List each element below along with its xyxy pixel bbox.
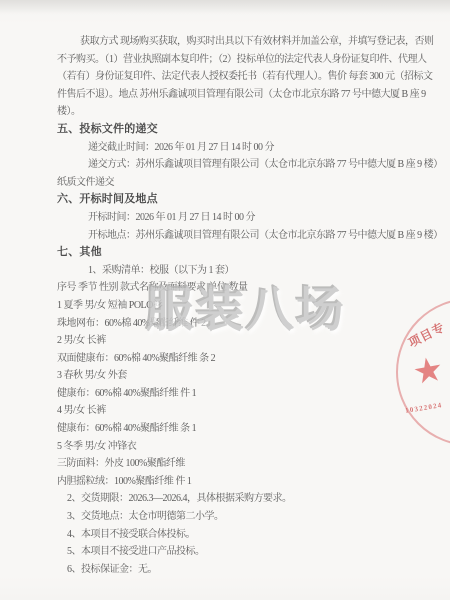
detail-line-open-time: 开标时间：2026 年 01 月 27 日 14 时 00 分 [57, 209, 414, 227]
detail-line-deadline: 递交截止时间：2026 年 01 月 27 日 14 时 00 分 [57, 139, 414, 157]
table-row: 珠地网布：60%棉 40%聚酯纤维 件 2 [57, 315, 414, 333]
table-row: 内胆摇粒绒：100%聚酯纤维 件 1 [57, 473, 414, 491]
table-row: 5 冬季 男/女 冲锋衣 [57, 438, 414, 456]
table-row: 4 男/女 长裤 [57, 402, 414, 420]
table-row: 1 夏季 男/女 短袖 POLO衫 [57, 297, 414, 315]
table-row: 3 春秋 男/女 外套 [57, 367, 414, 385]
table-row: 三防面料：外皮 100%聚酯纤维 [57, 455, 414, 473]
detail-line-open-place: 开标地点：苏州乐鑫诚项目管理有限公司（太仓市北京东路 77 号中德大厦 B 座 … [57, 227, 414, 245]
detail-line-method: 递交方式：苏州乐鑫诚项目管理有限公司（太仓市北京东路 77 号中德大厦 B 座 … [57, 156, 414, 174]
table-row: 双面健康布：60%棉 40%聚酯纤维 条 2 [57, 350, 414, 368]
section-heading-opening: 六、开标时间及地点 [57, 191, 414, 209]
intro-paragraph-line: （若有）身份证复印件、法定代表人授权委托书（若有代理人）。售价 每套 300 元… [57, 68, 414, 86]
table-header: 序号 季节 性别 款式名称及面料要求 单位 数量 [57, 279, 414, 297]
intro-paragraph-line: 获取方式 现场购买获取，购买时出具以下有效材料并加盖公章，并填写登记表，否则 [57, 33, 414, 51]
table-row: 2 男/女 长裤 [57, 332, 414, 350]
document-page: 获取方式 现场购买获取，购买时出具以下有效材料并加盖公章，并填写登记表，否则 不… [0, 0, 450, 600]
table-row: 健康布：60%棉 40%聚酯纤维 条 1 [57, 420, 414, 438]
detail-line-paper: 纸质文件递交 [57, 174, 414, 192]
star-icon: ★ [410, 353, 446, 392]
list-item-procurement: 1、采购清单：校服（以下为 1 套） [57, 262, 414, 280]
intro-paragraph-line: 不予购买。（1）营业执照副本复印件；（2）投标单位的法定代表人身份证复印件、代理… [57, 51, 414, 69]
list-item-no-consortium: 4、本项目不接受联合体投标。 [57, 526, 414, 544]
intro-paragraph-line: 楼）。 [57, 103, 414, 121]
scan-edge-shadow [0, 0, 450, 14]
table-row: 健康布：60%棉 40%聚酯纤维 件 1 [57, 385, 414, 403]
intro-paragraph-line: 件售后不退）。地点 苏州乐鑫诚项目管理有限公司（太仓市北京东路 77 号中德大厦… [57, 86, 414, 104]
list-item-bid-bond: 6、投标保证金：无。 [57, 561, 414, 579]
list-item-delivery-period: 2、交货期限：2026.3—2026.4，具体根据采购方要求。 [57, 490, 414, 508]
section-heading-other: 七、其他 [57, 244, 414, 262]
list-item-delivery-place: 3、交货地点：太仓市明德第二小学。 [57, 508, 414, 526]
section-heading-submission: 五、投标文件的递交 [57, 121, 414, 139]
list-item-no-import: 5、本项目不接受进口产品投标。 [57, 543, 414, 561]
